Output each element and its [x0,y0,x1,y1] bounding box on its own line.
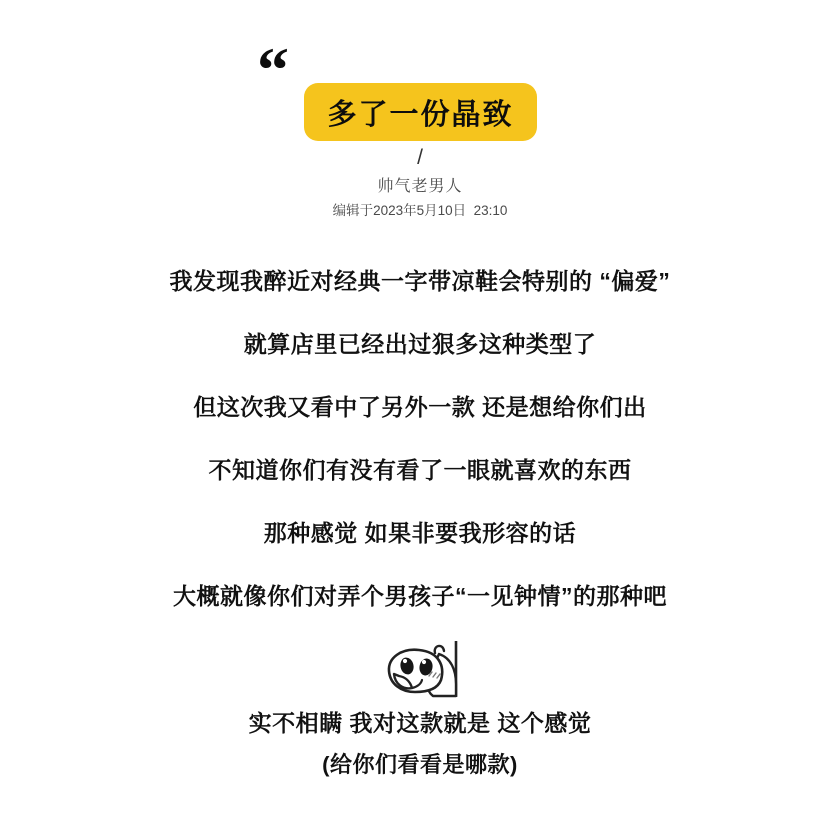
opening-quote-icon: “ [257,38,285,102]
paragraph: 但这次我又看中了另外一款 还是想给你们出 [0,392,840,422]
paragraph: 就算店里已经出过狠多这种类型了 [0,329,840,359]
closing-line: 实不相瞒 我对这款就是 这个感觉 [0,708,840,738]
peeking-doodle-icon [377,640,463,698]
paragraph: 那种感觉 如果非要我形容的话 [0,518,840,548]
author-name: 帅气老男人 [0,176,840,198]
paragraph: 大概就像你们对弄个男孩子“一见钟情”的那种吧 [0,581,840,611]
post-body: 我发现我醉近对经典一字带凉鞋会特别的 “偏爱” 就算店里已经出过狠多这种类型了 … [0,266,840,780]
closing-line: (给你们看看是哪款) [0,750,840,780]
peeking-doodle-sticker [377,640,463,698]
post-page: “ 多了一份晶致 / 帅气老男人 编辑于2023年5月10日 23:10 我发现… [0,0,840,840]
title-highlight-pill: 多了一份晶致 [304,83,537,141]
page-title: 多了一份晶致 [327,92,513,133]
byline: / 帅气老男人 编辑于2023年5月10日 23:10 [0,146,840,220]
edited-timestamp: 编辑于2023年5月10日 23:10 [0,202,840,220]
paragraph: 我发现我醉近对经典一字带凉鞋会特别的 “偏爱” [0,266,840,296]
slash-divider: / [0,146,840,170]
paragraph: 不知道你们有没有看了一眼就喜欢的东西 [0,455,840,485]
